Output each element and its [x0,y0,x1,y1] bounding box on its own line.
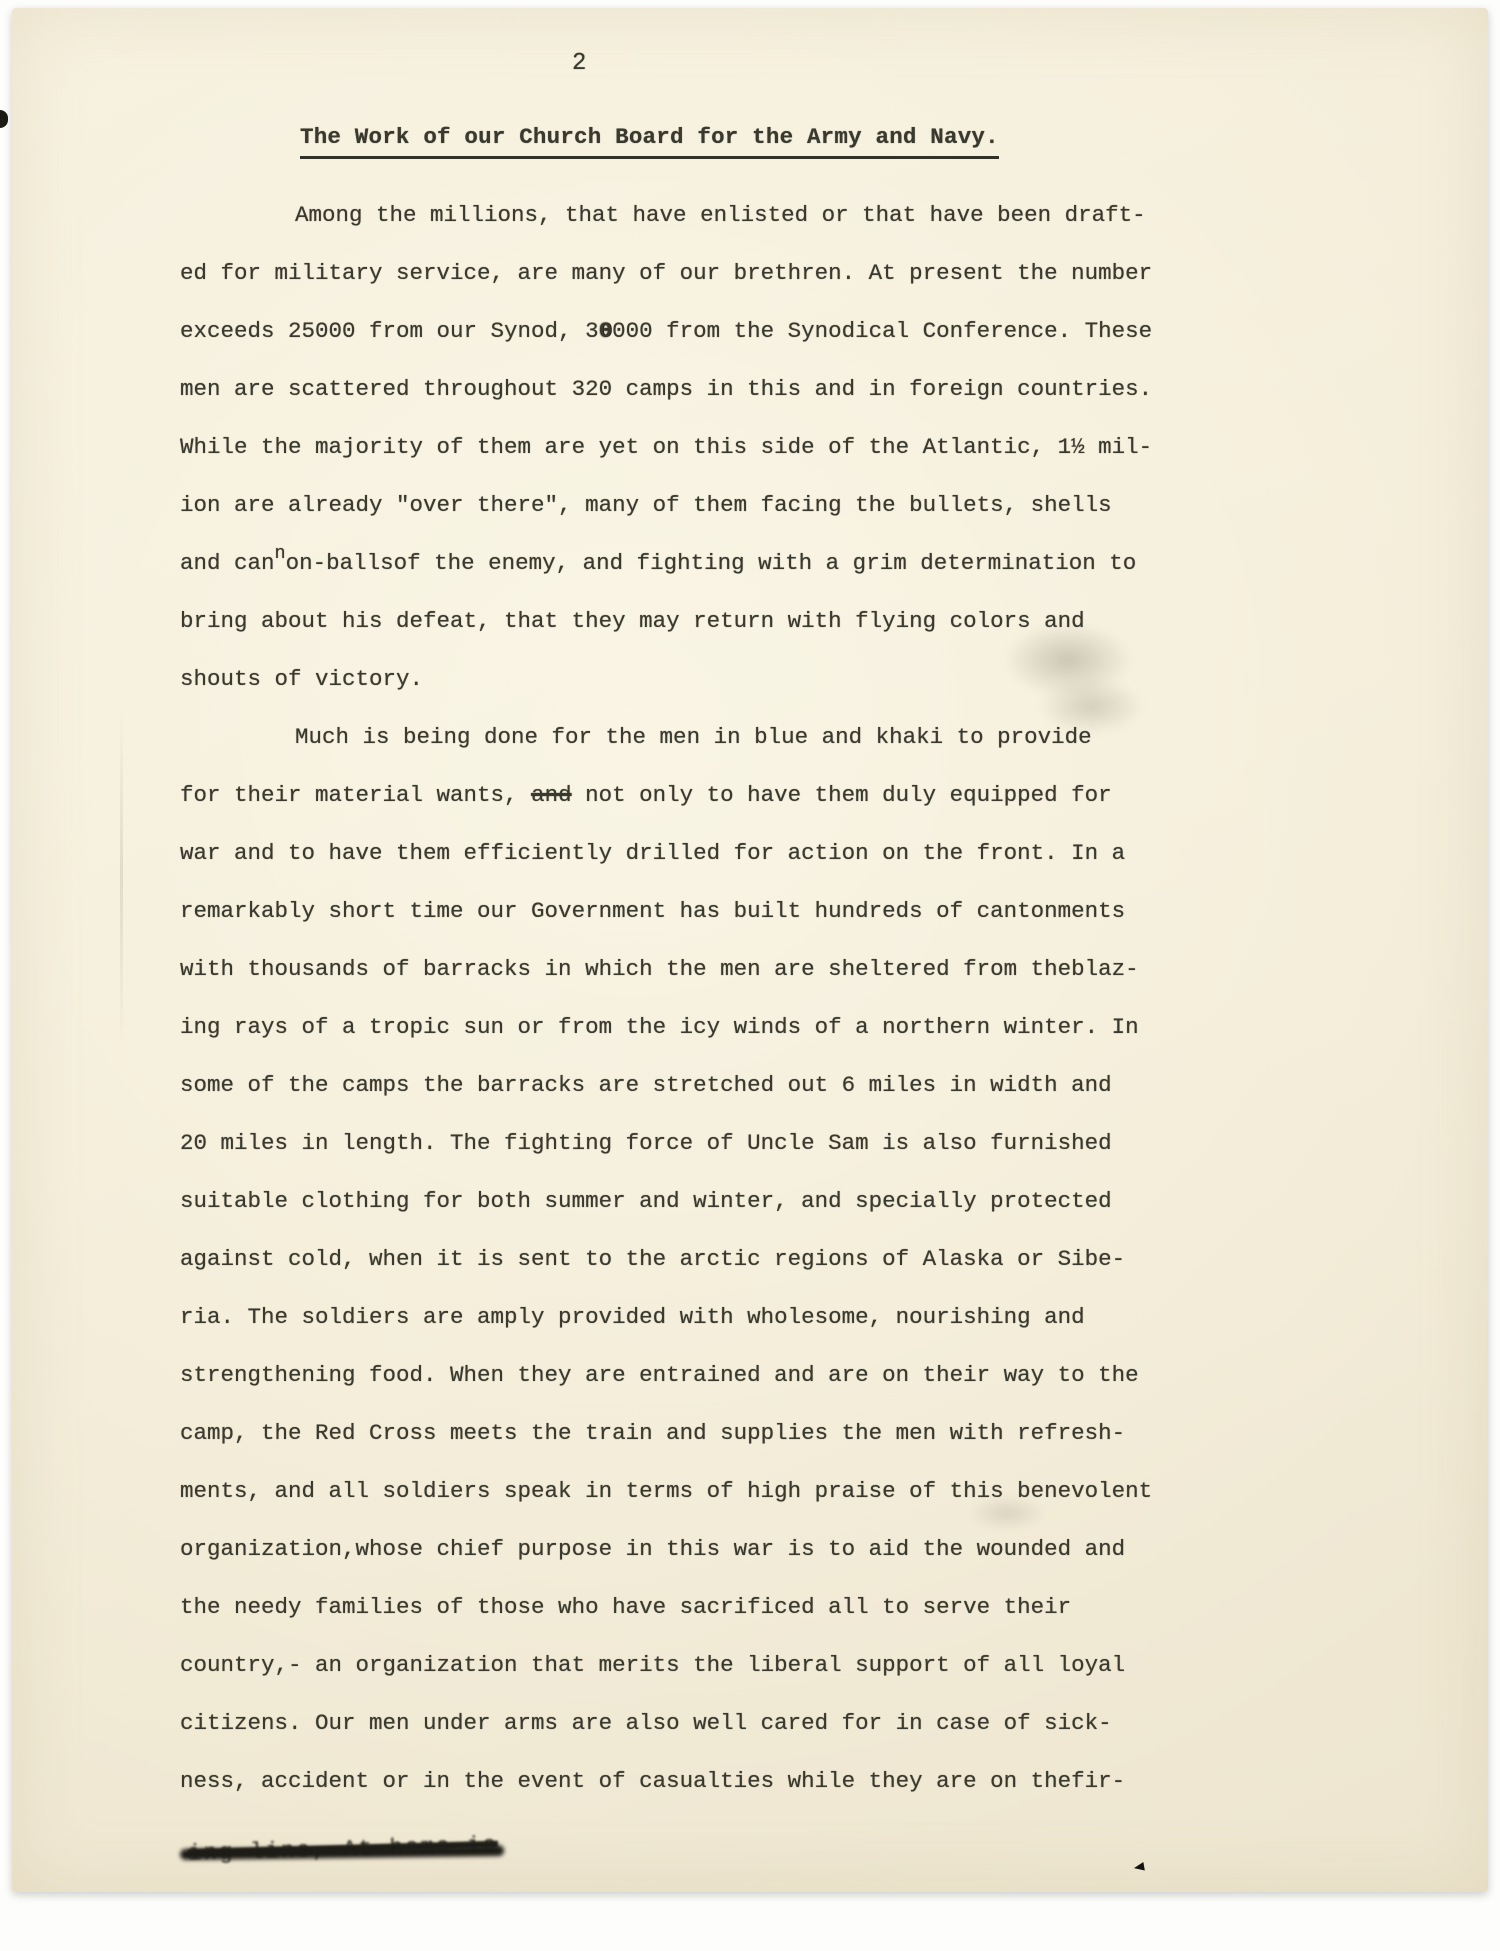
typed-line: remarkably short time our Government has… [180,882,1220,940]
text-segment: bring about his defeat, that they may re… [180,608,1085,634]
typed-line: ria. The soldiers are amply provided wit… [180,1288,1220,1346]
typed-line: Much is being done for the men in blue a… [180,708,1220,766]
typed-line: and cannon-ballsof the enemy, and fighti… [180,534,1220,592]
typed-line: strengthening food. When they are entrai… [180,1346,1220,1404]
text-segment: ness, accident or in the event of casual… [180,1768,1125,1794]
typed-line: Among the millions, that have enlisted o… [180,186,1220,244]
document-title: The Work of our Church Board for the Arm… [300,124,999,159]
text-segment: with thousands of barracks in which the … [180,956,1139,982]
typed-line: suitable clothing for both summer and wi… [180,1172,1220,1230]
text-segment: shouts of victory. [180,666,423,692]
pen-arrow-mark: ◄ [1133,1859,1146,1877]
text-segment: not only to have them duly equipped for [572,782,1112,808]
text-segment: men are scattered throughout 320 camps i… [180,376,1152,402]
scan-edge-speck [0,110,8,128]
typed-line: 20 miles in length. The fighting force o… [180,1114,1220,1172]
text-block: Among the millions, that have enlisted o… [180,186,1220,1810]
text-segment: war and to have them efficiently drilled… [180,840,1125,866]
struck-out-line: ing line, At home is [188,1832,499,1867]
text-segment: camp, the Red Cross meets the train and … [180,1420,1125,1446]
text-segment: the needy families of those who have sac… [180,1594,1071,1620]
typed-line: shouts of victory. [180,650,1220,708]
text-segment: n [275,543,286,564]
text-segment: While the majority of them are yet on th… [180,434,1152,460]
typed-line: for their material wants, and not only t… [180,766,1220,824]
text-segment: 0 [599,318,613,344]
typed-line: with thousands of barracks in which the … [180,940,1220,998]
typed-line: ed for military service, are many of our… [180,244,1220,302]
text-segment: ria. The soldiers are amply provided wit… [180,1304,1085,1330]
text-segment: citizens. Our men under arms are also we… [180,1710,1112,1736]
paper-crease [120,708,123,1048]
typed-line: the needy families of those who have sac… [180,1578,1220,1636]
typed-line: ing rays of a tropic sun or from the icy… [180,998,1220,1056]
typed-line: ness, accident or in the event of casual… [180,1752,1220,1810]
typed-line: While the majority of them are yet on th… [180,418,1220,476]
text-segment: Much is being done for the men in blue a… [295,724,1092,750]
text-segment: and can [180,550,275,576]
typed-line: exceeds 25000 from our Synod, 30000 from… [180,302,1220,360]
typed-line: bring about his defeat, that they may re… [180,592,1220,650]
text-segment: against cold, when it is sent to the arc… [180,1246,1125,1272]
text-segment: ed for military service, are many of our… [180,260,1152,286]
text-segment: suitable clothing for both summer and wi… [180,1188,1112,1214]
paper-page: 2 The Work of our Church Board for the A… [12,8,1488,1892]
typed-line: men are scattered throughout 320 camps i… [180,360,1220,418]
text-segment: ing rays of a tropic sun or from the icy… [180,1014,1139,1040]
typed-line: ments, and all soldiers speak in terms o… [180,1462,1220,1520]
text-segment: Among the millions, that have enlisted o… [295,202,1146,228]
typed-line: citizens. Our men under arms are also we… [180,1694,1220,1752]
typed-line: organization,whose chief purpose in this… [180,1520,1220,1578]
text-segment: country,- an organization that merits th… [180,1652,1125,1678]
page-number: 2 [572,50,586,77]
text-segment: exceeds 25000 from our Synod, 3 [180,318,599,344]
typed-line: camp, the Red Cross meets the train and … [180,1404,1220,1462]
text-segment: ion are already "over there", many of th… [180,492,1112,518]
text-segment: organization,whose chief purpose in this… [180,1536,1125,1562]
text-segment: ments, and all soldiers speak in terms o… [180,1478,1152,1504]
text-segment: 20 miles in length. The fighting force o… [180,1130,1112,1156]
typed-line: some of the camps the barracks are stret… [180,1056,1220,1114]
scan-background: { "document": { "page_number": "2", "tit… [0,0,1500,1951]
text-segment: for their material wants, [180,782,531,808]
typed-line: against cold, when it is sent to the arc… [180,1230,1220,1288]
typed-line: ion are already "over there", many of th… [180,476,1220,534]
text-segment: 000 from the Synodical Conference. These [612,318,1152,344]
text-segment: on-ballsof the enemy, and fighting with … [286,550,1137,576]
text-segment: some of the camps the barracks are stret… [180,1072,1112,1098]
text-segment: strengthening food. When they are entrai… [180,1362,1139,1388]
text-segment: ing line, At home is [188,1832,499,1867]
typed-line: country,- an organization that merits th… [180,1636,1220,1694]
text-segment: and [531,782,572,808]
typed-line: war and to have them efficiently drilled… [180,824,1220,882]
text-segment: remarkably short time our Government has… [180,898,1125,924]
